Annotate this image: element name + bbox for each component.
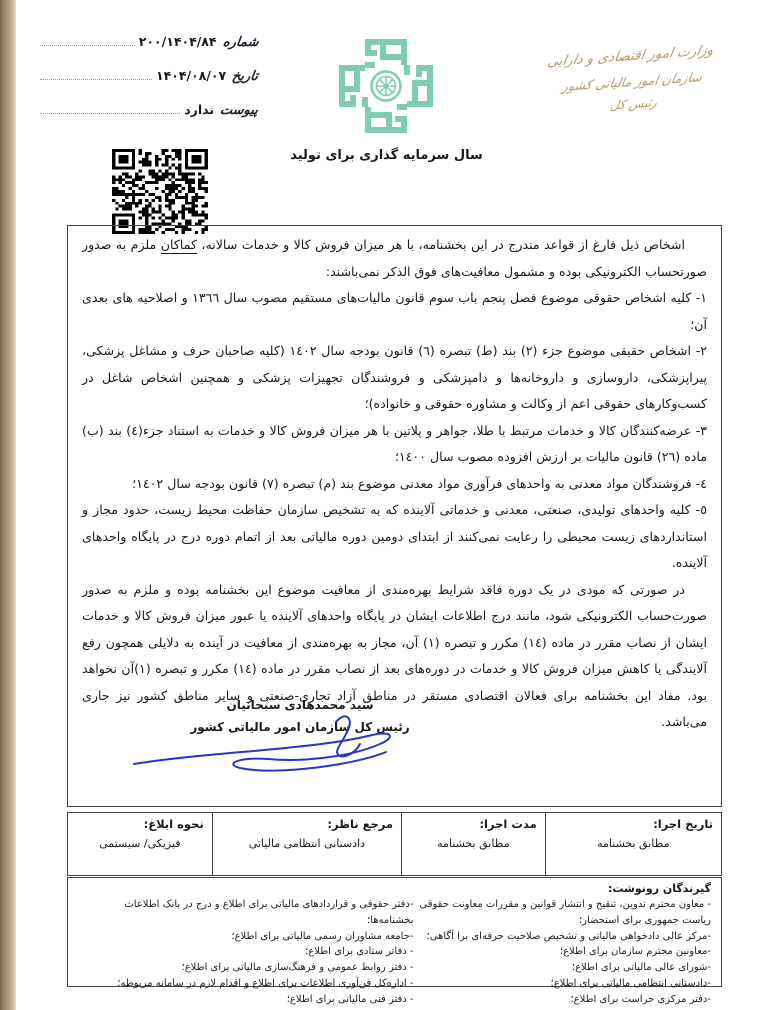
- list-item-3: ۳- عرضه‌کنندگان کالا و خدمات مرتبط با طل…: [82, 418, 707, 471]
- dotted-leader: [40, 45, 135, 46]
- intro-paragraph: اشخاص ذیل فارغ از قواعد مندرج در این بخش…: [82, 232, 707, 285]
- dotted-leader: [40, 79, 152, 80]
- tax-administration-logo-icon: [336, 36, 436, 136]
- dotted-leader: [40, 113, 180, 114]
- field-number: شماره ۲۰۰/۱۴۰۴/۸۴: [40, 34, 258, 68]
- execution-table: تاریخ اجرا: مطابق بخشنامه مدت اجرا: مطاب…: [67, 812, 722, 876]
- signature-block: سید محمدهادی سبحانیان رئیس کل سازمان امو…: [150, 694, 450, 738]
- field-attachment: پیوست ندارد: [40, 102, 258, 136]
- number-label: شماره: [221, 35, 259, 50]
- start-date-value: مطابق بخشنامه: [554, 837, 713, 850]
- notification-label: نحوه ابلاغ:: [76, 817, 204, 831]
- recipients-left-column: -دفتر حقوقی و قراردادهای مالیاتی برای اط…: [78, 897, 413, 1008]
- recipient-item: - دفتر فنی مالیاتی برای اطلاع؛: [78, 992, 413, 1008]
- list-item-2: ۲- اشخاص حقیقی موضوع جزء (۲) بند (ط) تبص…: [82, 338, 707, 418]
- signer-name: سید محمدهادی سبحانیان: [150, 694, 450, 716]
- recipient-item: -شورای عالی مالیاتی برای اطلاع؛: [414, 960, 712, 976]
- list-item-5: ٥- کلیه واحدهای تولیدی، صنعتی، معدنی و خ…: [82, 497, 707, 577]
- date-value: ۱۴۰۴/۰۸/۰۷: [156, 68, 226, 83]
- recipient-item: -دفتر مرکزی حراست برای اطلاع؛: [414, 992, 712, 1008]
- recipient-item: - دفتر روابط عمومی و فرهنگ‌سازی مالیاتی …: [78, 960, 413, 976]
- recipient-item: -جامعه مشاوران رسمی مالیاتی برای اطلاع؛: [78, 929, 413, 945]
- copy-recipients-box: گیرندگان رونوشت: - معاون محترم تدوین، تن…: [67, 877, 722, 987]
- qr-code: [112, 149, 208, 234]
- date-label: تاریخ: [231, 69, 259, 84]
- recipient-item: - اداره‌کل فن‌آوری اطلاعات برای اطلاع و …: [78, 976, 413, 992]
- underlined-word: کماکان: [161, 237, 197, 252]
- number-value: ۲۰۰/۱۴۰۴/۸۴: [139, 34, 217, 49]
- attachment-label: پیوست: [219, 103, 259, 118]
- recipient-item: -مرکز عالی دادخواهی مالیاتی و تشخیص صلاح…: [414, 929, 712, 945]
- list-item-1: ۱- کلیه اشخاص حقوقی موضوع فصل پنجم باب س…: [82, 285, 707, 338]
- supervisor-label: مرجع ناظر:: [221, 817, 393, 831]
- recipient-item: -معاونین محترم سازمان برای اطلاع؛: [414, 944, 712, 960]
- supervisor-value: دادستانی انتظامی مالیاتی: [221, 837, 393, 850]
- exec-cell-notification: نحوه ابلاغ: فیزیکی/ سیستمی: [68, 813, 212, 875]
- recipient-item: -دادستانی انتظامی مالیاتی برای اطلاع؛: [414, 976, 712, 992]
- exec-cell-supervisor: مرجع ناظر: دادستانی انتظامی مالیاتی: [212, 813, 401, 875]
- notification-value: فیزیکی/ سیستمی: [76, 837, 204, 850]
- exec-cell-start-date: تاریخ اجرا: مطابق بخشنامه: [545, 813, 721, 875]
- header-fields: شماره ۲۰۰/۱۴۰۴/۸۴ تاریخ ۱۴۰۴/۰۸/۰۷ پیوست…: [40, 34, 258, 136]
- list-item-4: ٤- فروشندگان مواد معدنی به واحدهای فرآور…: [82, 471, 707, 498]
- recipient-item: -دفتر حقوقی و قراردادهای مالیاتی برای اط…: [78, 897, 413, 929]
- duration-label: مدت اجرا:: [410, 817, 537, 831]
- start-date-label: تاریخ اجرا:: [554, 817, 713, 831]
- scanned-letter-page: شماره ۲۰۰/۱۴۰۴/۸۴ تاریخ ۱۴۰۴/۰۸/۰۷ پیوست…: [0, 0, 773, 1010]
- recipient-item: - دفاتر ستادی برای اطلاع؛: [78, 944, 413, 960]
- signer-title: رئیس کل سازمان امور مالیاتی کشور: [150, 716, 450, 738]
- recipient-item: - معاون محترم تدوین، تنقیح و انتشار قوان…: [414, 897, 712, 929]
- field-date: تاریخ ۱۴۰۴/۰۸/۰۷: [40, 68, 258, 102]
- recipients-title: گیرندگان رونوشت:: [78, 882, 711, 895]
- letterhead: وزارت امور اقتصادی و دارایی سازمان امور …: [505, 35, 759, 124]
- recipients-right-column: - معاون محترم تدوین، تنقیح و انتشار قوان…: [414, 897, 712, 1008]
- exec-cell-duration: مدت اجرا: مطابق بخشنامه: [401, 813, 545, 875]
- duration-value: مطابق بخشنامه: [410, 837, 537, 850]
- attachment-value: ندارد: [184, 102, 214, 117]
